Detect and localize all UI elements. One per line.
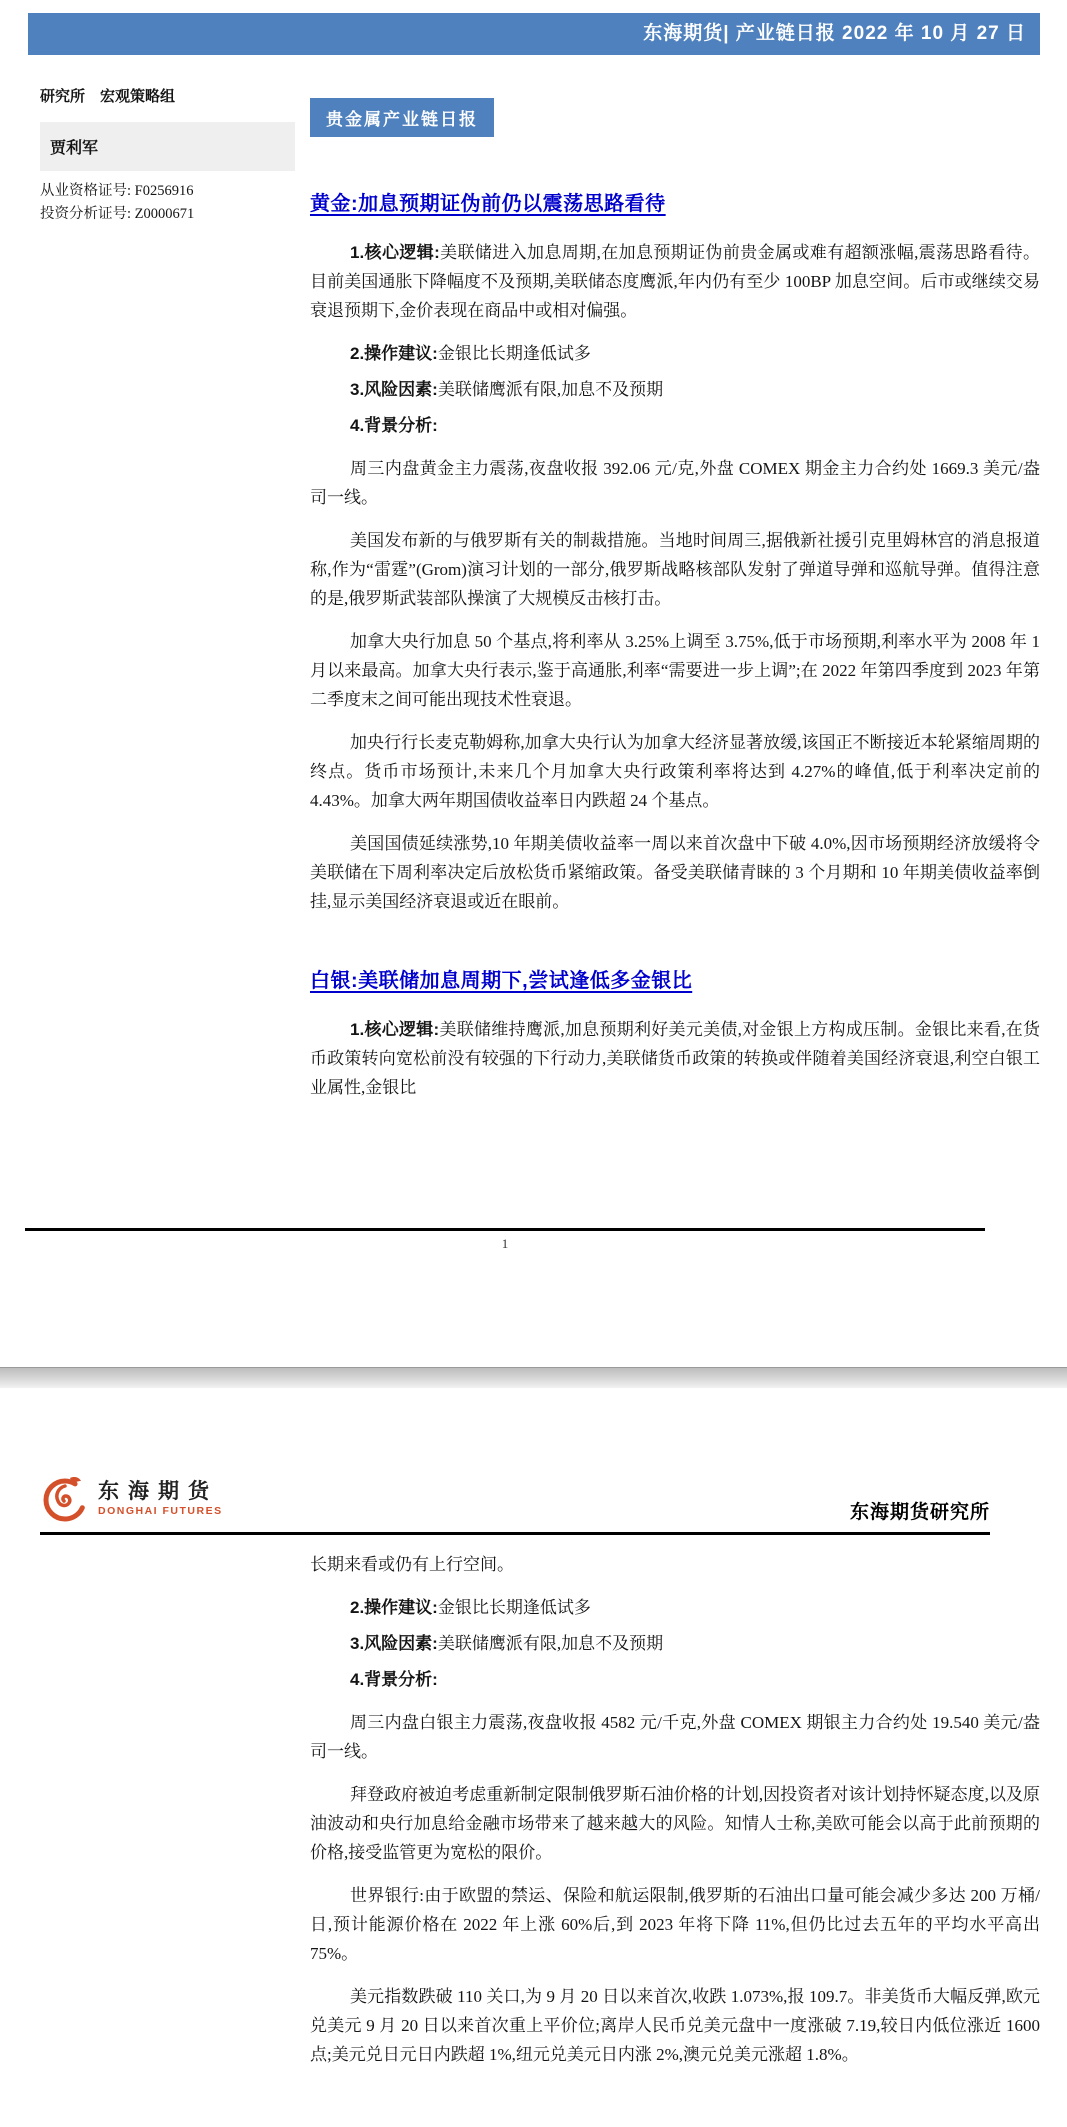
- page1-content: 研究所 宏观策略组 贾利军 从业资格证号: F0256916 投资分析证号: Z…: [0, 83, 1067, 1116]
- silver-section-heading[interactable]: 白银:美联储加息周期下,尝试逢低多金银比: [310, 964, 1040, 993]
- gold-background-label-line: 4.背景分析:: [310, 411, 1040, 440]
- analyst-name: 贾利军: [40, 122, 295, 171]
- main-column: 贵金属产业链日报 黄金:加息预期证伪前仍以震荡思路看待 1.核心逻辑:美联储进入…: [310, 83, 1040, 1116]
- gold-core-logic-paragraph: 1.核心逻辑:美联储进入加息周期,在加息预期证伪前贵金属或难有超额涨幅,震荡思路…: [310, 238, 1040, 325]
- analysis-paragraph: 加拿大央行加息 50 个基点,将利率从 3.25%上调至 3.75%,低于市场预…: [310, 627, 1040, 714]
- research-group-label: 研究所 宏观策略组: [40, 85, 295, 106]
- analysis-paragraph: 周三内盘白银主力震荡,夜盘收报 4582 元/千克,外盘 COMEX 期银主力合…: [310, 1708, 1040, 1766]
- silver-risk-text: 美联储鹰派有限,加息不及预期: [438, 1634, 663, 1653]
- sidebar: 研究所 宏观策略组 贾利军 从业资格证号: F0256916 投资分析证号: Z…: [40, 83, 295, 1116]
- institute-name: 东海期货研究所: [850, 1497, 990, 1526]
- report-page-2: 东海期货 DONGHAI FUTURES 东海期货研究所 长期来看或仍有上行空间…: [0, 1388, 1067, 2127]
- silver-core-logic-paragraph: 1.核心逻辑:美联储维持鹰派,加息预期利好美元美债,对金银上方构成压制。金银比来…: [310, 1015, 1040, 1102]
- gold-section-heading[interactable]: 黄金:加息预期证伪前仍以震荡思路看待: [310, 187, 1040, 216]
- gold-risk-label: 3.风险因素:: [350, 380, 438, 399]
- silver-background-label: 4.背景分析:: [350, 1670, 438, 1689]
- analysis-paragraph: 加央行行长麦克勒姆称,加拿大央行认为加拿大经济显著放缓,该国正不断接近本轮紧缩周…: [310, 728, 1040, 815]
- logo-text-block: 东海期货 DONGHAI FUTURES: [98, 1480, 223, 1518]
- silver-background-label-line: 4.背景分析:: [310, 1665, 1040, 1694]
- report-title-badge: 贵金属产业链日报: [310, 98, 494, 137]
- analysis-paragraph: 周三内盘黄金主力震荡,夜盘收报 392.06 元/克,外盘 COMEX 期金主力…: [310, 454, 1040, 512]
- investment-cert-number: 投资分析证号: Z0000671: [40, 203, 295, 226]
- gold-core-logic-label: 1.核心逻辑:: [350, 243, 440, 262]
- analysis-paragraph: 拜登政府被迫考虑重新制定限制俄罗斯石油价格的计划,因投资者对该计划持怀疑态度,以…: [310, 1780, 1040, 1867]
- gold-advice-line: 2.操作建议:金银比长期逢低试多: [310, 339, 1040, 368]
- silver-advice-line: 2.操作建议:金银比长期逢低试多: [310, 1593, 1040, 1622]
- report-page-1: 东海期货| 产业链日报 2022 年 10 月 27 日 研究所 宏观策略组 贾…: [0, 0, 1067, 1367]
- silver-continuation-text: 长期来看或仍有上行空间。: [310, 1550, 1040, 1579]
- silver-advice-label: 2.操作建议:: [350, 1598, 438, 1617]
- gold-background-label: 4.背景分析:: [350, 416, 438, 435]
- page-number: 1: [25, 1236, 985, 1252]
- gold-advice-label: 2.操作建议:: [350, 344, 438, 363]
- page1-footer-rule: [25, 1228, 985, 1231]
- silver-risk-line: 3.风险因素:美联储鹰派有限,加息不及预期: [310, 1629, 1040, 1658]
- logo-en-text: DONGHAI FUTURES: [98, 1504, 223, 1518]
- logo-cn-text: 东海期货: [98, 1480, 223, 1504]
- practice-cert-number: 从业资格证号: F0256916: [40, 180, 295, 203]
- header-title: 东海期货| 产业链日报 2022 年 10 月 27 日: [643, 23, 1026, 44]
- page2-main-column: 长期来看或仍有上行空间。 2.操作建议:金银比长期逢低试多 3.风险因素:美联储…: [310, 1550, 1040, 2069]
- silver-advice-text: 金银比长期逢低试多: [438, 1598, 591, 1617]
- gold-risk-line: 3.风险因素:美联储鹰派有限,加息不及预期: [310, 375, 1040, 404]
- analysis-paragraph: 世界银行:由于欧盟的禁运、保险和航运限制,俄罗斯的石油出口量可能会减少多达 20…: [310, 1881, 1040, 1968]
- gold-advice-text: 金银比长期逢低试多: [438, 344, 591, 363]
- company-logo: 东海期货 DONGHAI FUTURES: [40, 1472, 223, 1526]
- analysis-paragraph: 美元指数跌破 110 关口,为 9 月 20 日以来首次,收跌 1.073%,报…: [310, 1982, 1040, 2069]
- page2-header-rule: [40, 1532, 990, 1535]
- report-header-bar: 东海期货| 产业链日报 2022 年 10 月 27 日: [28, 13, 1040, 55]
- silver-core-logic-label: 1.核心逻辑:: [350, 1020, 439, 1039]
- page-gap-separator: [0, 1367, 1067, 1388]
- page2-header: 东海期货 DONGHAI FUTURES 东海期货研究所: [40, 1388, 990, 1526]
- analysis-paragraph: 美国国债延续涨势,10 年期美债收益率一周以来首次盘中下破 4.0%,因市场预期…: [310, 829, 1040, 916]
- analysis-paragraph: 美国发布新的与俄罗斯有关的制裁措施。当地时间周三,据俄新社援引克里姆林宫的消息报…: [310, 526, 1040, 613]
- gold-risk-text: 美联储鹰派有限,加息不及预期: [438, 380, 663, 399]
- silver-risk-label: 3.风险因素:: [350, 1634, 438, 1653]
- dragon-logo-icon: [40, 1472, 90, 1526]
